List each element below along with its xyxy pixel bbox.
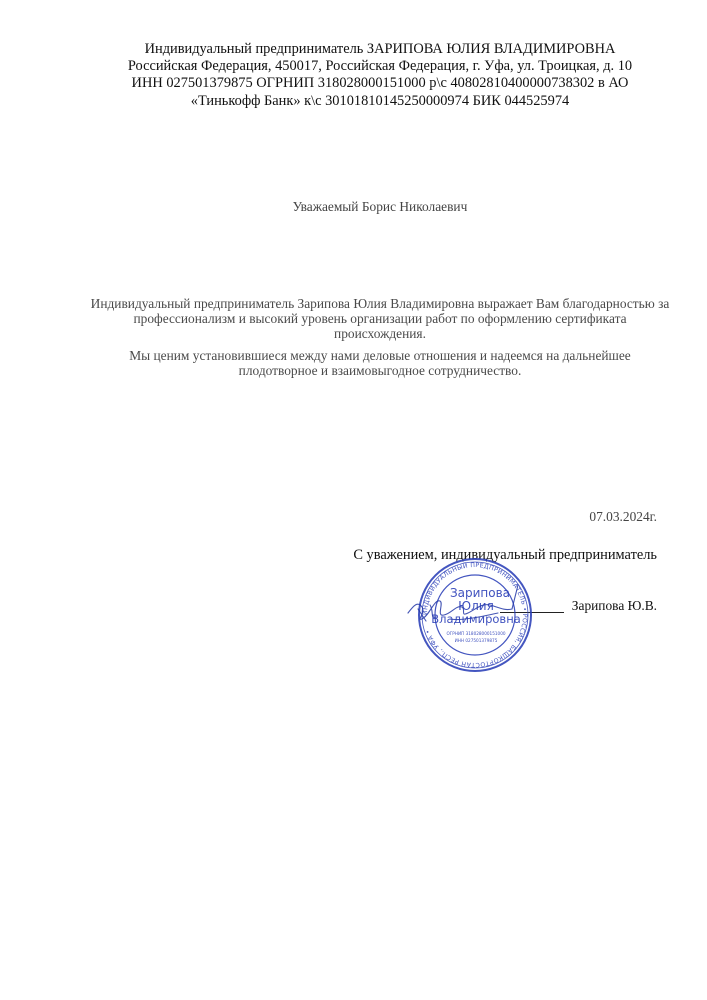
body-paragraph: Мы ценим установившиеся между нами делов… (90, 348, 670, 378)
signer-name: Зарипова Ю.В. (572, 598, 657, 614)
greeting: Уважаемый Борис Николаевич (0, 199, 707, 215)
body-paragraph: Индивидуальный предприниматель Зарипова … (90, 296, 670, 342)
letterhead: Индивидуальный предприниматель ЗАРИПОВА … (60, 41, 700, 110)
letter-page: Индивидуальный предприниматель ЗАРИПОВА … (0, 0, 707, 1000)
letter-date: 07.03.2024г. (589, 509, 657, 525)
letter-body: Индивидуальный предприниматель Зарипова … (90, 296, 670, 384)
letterhead-line-name: Индивидуальный предприниматель ЗАРИПОВА … (60, 41, 700, 58)
letterhead-line-bank: «Тинькофф Банк» к\с 30101810145250000974… (60, 93, 700, 110)
stamp-seal-icon: ИНДИВИДУАЛЬНЫЙ ПРЕДПРИНИМАТЕЛЬ • РОССИЯ,… (400, 555, 540, 680)
letterhead-line-address: Российская Федерация, 450017, Российская… (60, 58, 700, 75)
svg-text:ОГРНИП 318028000151000: ОГРНИП 318028000151000 (446, 631, 505, 636)
letterhead-line-requisites: ИНН 027501379875 ОГРНИП 318028000151000 … (60, 75, 700, 92)
svg-text:ИНН 027501379875: ИНН 027501379875 (455, 638, 498, 643)
svg-text:Владимировна: Владимировна (431, 612, 521, 626)
svg-text:Зарипова: Зарипова (450, 586, 510, 600)
